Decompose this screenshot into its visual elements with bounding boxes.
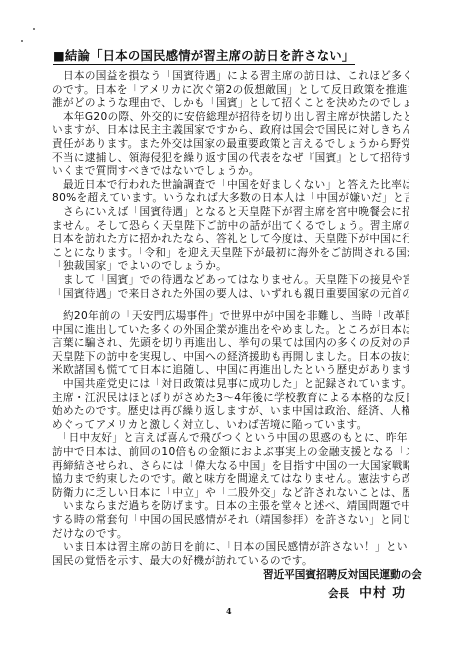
- text-line: 「国賓待遇」で来日された外国の要人は、いずれも親日重要国家の元首の方々なのです。: [52, 288, 409, 302]
- text-line: 協力まで約束したのです。敵と味方を間違えてはなりません。憲法すら改正できず自主: [52, 473, 409, 487]
- body-section: 約20年前の「天安門広場事件」で世界中が中国を非難し、当時「改革開放政策」によっ…: [52, 310, 409, 568]
- text-line: 国民の覚悟を示す、最大の好機が訪れているのです。: [52, 555, 409, 569]
- section-title: ■結論「日本の国民感情が習主席の訪日を許さない」: [53, 48, 355, 65]
- text-line: いま日本は習主席の訪日を前に、「日本の国民感情が許さない！」という国家の誇りと: [52, 541, 409, 555]
- text-line: いくまで質問すべきではないでしょうか。: [52, 165, 409, 179]
- text-line: めぐってアメリカと激しく対立し、いわば苦境に陥っています。: [52, 419, 409, 433]
- text-line: いまならまだ過ちを防げます。日本の主張を堂々と述べ、靖国問題で中国が日本を非難: [52, 500, 409, 514]
- text-line: 言葉に騙され、先頭を切り再進出し、挙句の果ては国内の多くの反対の声を押し切り: [52, 337, 409, 351]
- text-line: 天皇陛下の訪中を実現し、中国への経済援助も再開しました。日本の抜け駆けによって: [52, 351, 409, 365]
- text-line: 日本を訪れた方に招かれたなら、答礼として今度は、天皇陛下が中国に行かざるを得ない: [52, 233, 409, 247]
- text-line: いますが、日本は民主主義国家ですから、政府は国会で国民に対しきちんと説明する: [52, 124, 409, 138]
- text-line: のです。日本を「アメリカに次ぐ第2の仮想敵国」として反日政策を推進する国の代表を…: [52, 84, 409, 98]
- text-line: 80%を超えています。いうなれば大多数の日本人は「中国が嫌いだ」と言っているので…: [52, 192, 409, 206]
- text-line: ません。そして恐らく天皇陛下ご訪中の話が出てくるでしょう。習主席のように国家を代…: [52, 220, 409, 234]
- signature-organization: 習近平国賓招聘反対国民運動の会: [263, 568, 406, 582]
- body-section: 日本の国益を損なう「国賓待遇」による習主席の訪日は、これほど多くの問題を抱えてい…: [52, 70, 409, 206]
- text-line: 米欧諸国も慌てて日本に追随し、中国に再進出したという歴史があります。: [52, 364, 409, 378]
- document-page: ■結論「日本の国民感情が習主席の訪日を許さない」 日本の国益を損なう「国賓待遇」…: [0, 0, 460, 647]
- text-line: 最近日本で行われた世論調査で「中国を好ましくない」と答えた比率は5年前と同じ、: [52, 179, 409, 193]
- signature-name: 中村 功: [359, 586, 406, 601]
- text-line: 不当に逮捕し、領海侵犯を繰り返す国の代表をなぜ『国賓』として招待するのか」、納得: [52, 152, 409, 166]
- text-line: する時の常套句「中国の国民感情がそれ（靖国参拝）を許さない」と同じことを言えばよ…: [52, 514, 409, 528]
- text-line: 「独裁国家」でよいのでしょうか。: [52, 260, 409, 274]
- text-line: 中国に進出していた多くの外国企業が進出をやめました。ところが日本は中国の甘い: [52, 324, 409, 338]
- scan-speck: [33, 28, 35, 30]
- text-line: 「日中友好」と言えば喜んで飛びつくという中国の思惑のもとに、昨年10月26日の安…: [52, 432, 409, 446]
- scan-speck: [21, 40, 23, 42]
- text-line: 誰がどのような理由で、しかも「国賓」として招くことを決めたのでしょうか。: [52, 97, 409, 111]
- body-section: さらにいえば「国賓待遇」となると天皇陛下が習主席を宮中晩餐会に招待しなければなり…: [52, 206, 409, 301]
- text-line: さらにいえば「国賓待遇」となると天皇陛下が習主席を宮中晩餐会に招待しなければなり: [52, 206, 409, 220]
- signature-role: 会長: [328, 588, 349, 600]
- text-line: だけなのです。: [52, 528, 409, 542]
- text-line: 再締結させられ、さらには「偉大なる中国」を目指す中国の一大国家戦略「一帯一路」へ…: [52, 460, 409, 474]
- text-line: 本年G20の際、外交的に安倍総理が招待を切り出し習主席が快諾したと報じられて: [52, 111, 409, 125]
- text-line: ことになります。「令和」を迎え天皇陛下が最初に海外をご訪問される国が、反人権的な: [52, 247, 409, 261]
- text-line: 責任があります。また外交は国家の最重要政策と言えるでしょうから野党も、「日本人を: [52, 138, 409, 152]
- text-line: 約20年前の「天安門広場事件」で世界中が中国を非難し、当時「改革開放政策」によっ…: [52, 310, 409, 324]
- text-line: 防衛力に乏しい日本に「中立」や「二股外交」など許されないことは、歴史が証明してい…: [52, 487, 409, 501]
- page-number: 4: [226, 606, 232, 616]
- text-line: 日本の国益を損なう「国賓待遇」による習主席の訪日は、これほど多くの問題を抱えてい…: [52, 70, 409, 84]
- text-line: 主席・江沢民はほとぼりがさめた3～4年後に学校教育による本格的な反日キャンペーン…: [52, 392, 409, 406]
- text-line: まして「国賓」での待遇などあってはなりません。天皇陛下の接見や宮中晩餐会が催され…: [52, 274, 409, 288]
- text-line: 中国共産党史には「対日政策は見事に成功した」と記録されています。そして時の: [52, 378, 409, 392]
- text-line: 始めたのです。歴史は再び繰り返しますが、いま中国は政治、経済、人権問題などを: [52, 405, 409, 419]
- text-line: 訪中で日本は、前回の10倍もの金額におよぶ事実上の金融支援となる「スワップ協定」…: [52, 446, 409, 460]
- signature-name-row: 会長中村 功: [300, 584, 406, 602]
